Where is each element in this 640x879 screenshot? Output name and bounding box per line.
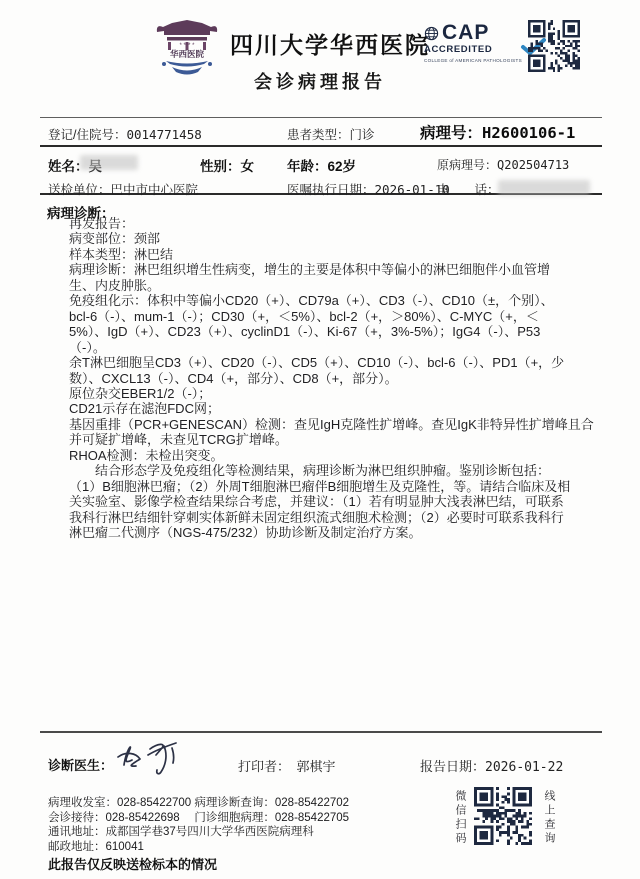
diagnosing-doctor-label: 诊断医生： bbox=[48, 755, 113, 774]
diagnosis-line: 免疫组化示：体积中等偏小CD20（+）、CD79a（+）、CD3（-）、CD10… bbox=[69, 293, 594, 308]
name-redaction bbox=[80, 155, 138, 170]
registration-label: 登记/住院号： bbox=[48, 128, 126, 142]
cap-accreditation-logo: CAP ACCREDITED COLLEGE of AMERICAN PATHO… bbox=[424, 23, 524, 63]
age-value: 62岁 bbox=[328, 159, 357, 174]
cap-word: CAP bbox=[442, 23, 489, 43]
phone-label: 电 话： bbox=[437, 183, 500, 197]
pathology-number-value: H2600106-1 bbox=[482, 124, 575, 142]
phone-field: 电 话： bbox=[437, 180, 500, 198]
diagnosis-body: 再发报告：病变部位：颈部样本类型：淋巴结病理诊断：淋巴组织增生性病变，增生的主要… bbox=[69, 216, 594, 541]
registration-field: 登记/住院号：0014771458 bbox=[48, 125, 202, 143]
report-disclaimer: 此报告仅反映送检标本的情况 bbox=[48, 854, 217, 873]
pathology-report-page: * *** * 华西医院 四川大学华西医院 CAP ACCREDITED bbox=[0, 0, 640, 879]
divider-row1 bbox=[40, 145, 602, 147]
gender-field: 性别：女 bbox=[200, 155, 254, 175]
doctor-handwritten-signature bbox=[110, 735, 194, 779]
pathology-number-field: 病理号：H2600106-1 bbox=[420, 121, 575, 143]
patient-type-field: 患者类型：门诊 bbox=[287, 125, 375, 143]
printer-label: 打印者： bbox=[238, 759, 284, 774]
referring-unit-field: 送检单位：巴中市中心医院 bbox=[48, 180, 198, 198]
registration-value: 0014771458 bbox=[126, 127, 201, 142]
online-query-vertical-label: 线上查询 bbox=[541, 790, 557, 848]
divider-top bbox=[40, 117, 602, 118]
referring-unit-label: 送检单位： bbox=[48, 183, 111, 197]
diagnosis-line: 5%）、IgD（+）、CD23（+）、cyclinD1（-）、Ki-67（+，3… bbox=[69, 324, 594, 339]
report-date-field: 报告日期：2026-01-22 bbox=[420, 756, 563, 775]
order-exec-date-label: 医嘱执行日期： bbox=[287, 183, 375, 197]
diagnosis-line: 余T淋巴细胞呈CD3（+）、CD20（-）、CD5（+）、CD10（-）、bcl… bbox=[69, 355, 594, 370]
divider-signature bbox=[40, 731, 602, 733]
diagnosis-line: CD21示存在滤泡FDC网； bbox=[69, 401, 594, 416]
diagnosis-line: 样本类型：淋巴结 bbox=[69, 247, 594, 262]
wechat-scan-vertical-label: 微信扫码 bbox=[452, 790, 468, 848]
diagnosis-line: 病变部位：颈部 bbox=[69, 231, 594, 246]
diagnosis-line: 数）、CXCL13（-）、CD4（+，部分）、CD8（+，部分）。 bbox=[69, 371, 594, 386]
diagnosis-line: 原位杂交EBER1/2（-）； bbox=[69, 386, 594, 401]
diagnosis-line: 并可疑扩增峰，未查见TCRG扩增峰。 bbox=[69, 432, 594, 447]
footer-contact-line: 通讯地址：成都国学巷37号四川大学华西医院病理科 bbox=[48, 825, 349, 840]
diagnosis-line: 结合形态学及免疫组化等检测结果，病理诊断为淋巴组织肿瘤。鉴别诊断包括： bbox=[69, 463, 594, 478]
diagnosis-line: 生、内皮肿胀。 bbox=[69, 278, 594, 293]
original-pathology-number-value: Q202504713 bbox=[497, 158, 569, 172]
cap-college-text: COLLEGE of AMERICAN PATHOLOGISTS bbox=[424, 58, 524, 63]
diagnosis-line: 病理诊断：淋巴组织增生性病变，增生的主要是体积中等偏小的淋巴细胞伴小血管增 bbox=[69, 262, 594, 277]
diagnosis-line: bcl-6（-）、mum-1（-）；CD30（+，＜5%）、bcl-2（+，＞8… bbox=[69, 309, 594, 324]
qr-code-top bbox=[528, 20, 580, 72]
pathology-number-label: 病理号： bbox=[420, 125, 482, 142]
diagnosis-line: 淋巴瘤二代测序（NGS-475/232）协助诊断及制定治疗方案。 bbox=[69, 525, 594, 540]
diagnosis-line: （-）。 bbox=[69, 340, 594, 355]
patient-type-value: 门诊 bbox=[350, 128, 375, 142]
original-pathology-number-label: 原病理号： bbox=[437, 158, 497, 172]
diagnosis-line: 关实验室、影像学检查结果综合考虑，并建议：（1）若有明显肿大浅表淋巴结，可联系 bbox=[69, 494, 594, 509]
order-exec-date-field: 医嘱执行日期：2026-01-10 bbox=[287, 180, 450, 198]
referring-unit-value: 巴中市中心医院 bbox=[111, 183, 199, 197]
hospital-name: 四川大学华西医院 bbox=[230, 27, 430, 60]
footer-contact-line: 会诊接待：028-85422698 门诊细胞病理：028-85422705 bbox=[48, 811, 349, 826]
diagnosis-line: 基因重排（PCR+GENESCAN）检测：查见IgH克隆性扩增峰。查见IgK非特… bbox=[69, 417, 594, 432]
gender-value: 女 bbox=[241, 159, 255, 174]
diagnosis-line: RHOA检测：未检出突变。 bbox=[69, 448, 594, 463]
logo-caption: 华西医院 bbox=[170, 49, 205, 59]
report-title: 会诊病理报告 bbox=[0, 68, 640, 94]
footer-contact-line: 邮政地址：610041 bbox=[48, 840, 349, 855]
age-field: 年龄：62岁 bbox=[287, 155, 356, 175]
phone-redaction bbox=[498, 180, 590, 195]
footer-contact-block: 病理收发室：028-85422700 病理诊断查询：028-85422702会诊… bbox=[48, 796, 349, 854]
report-date-value: 2026-01-22 bbox=[485, 760, 563, 775]
diagnosis-line: （1）B细胞淋巴瘤；（2）外周T细胞淋巴瘤伴B细胞增生及克隆性，等。请结合临床及… bbox=[69, 479, 594, 494]
footer-contact-line: 病理收发室：028-85422700 病理诊断查询：028-85422702 bbox=[48, 796, 349, 811]
original-pathology-number-field: 原病理号：Q202504713 bbox=[437, 156, 569, 173]
patient-type-label: 患者类型： bbox=[287, 128, 350, 142]
cap-accredited-text: ACCREDITED bbox=[424, 44, 492, 55]
gender-label: 性别： bbox=[200, 159, 241, 174]
printer-field: 打印者： 郭棋宇 bbox=[238, 756, 336, 775]
qr-code-bottom bbox=[474, 787, 532, 845]
diagnosis-line: 再发报告： bbox=[69, 216, 594, 231]
printer-value: 郭棋宇 bbox=[297, 759, 336, 774]
cap-globe-icon bbox=[424, 26, 439, 41]
age-label: 年龄： bbox=[287, 159, 328, 174]
report-date-label: 报告日期： bbox=[420, 759, 485, 774]
diagnosis-line: 我科行淋巴结细针穿刺实体新鲜未固定组织流式细胞术检测；（2）必要时可联系我科行 bbox=[69, 510, 594, 525]
